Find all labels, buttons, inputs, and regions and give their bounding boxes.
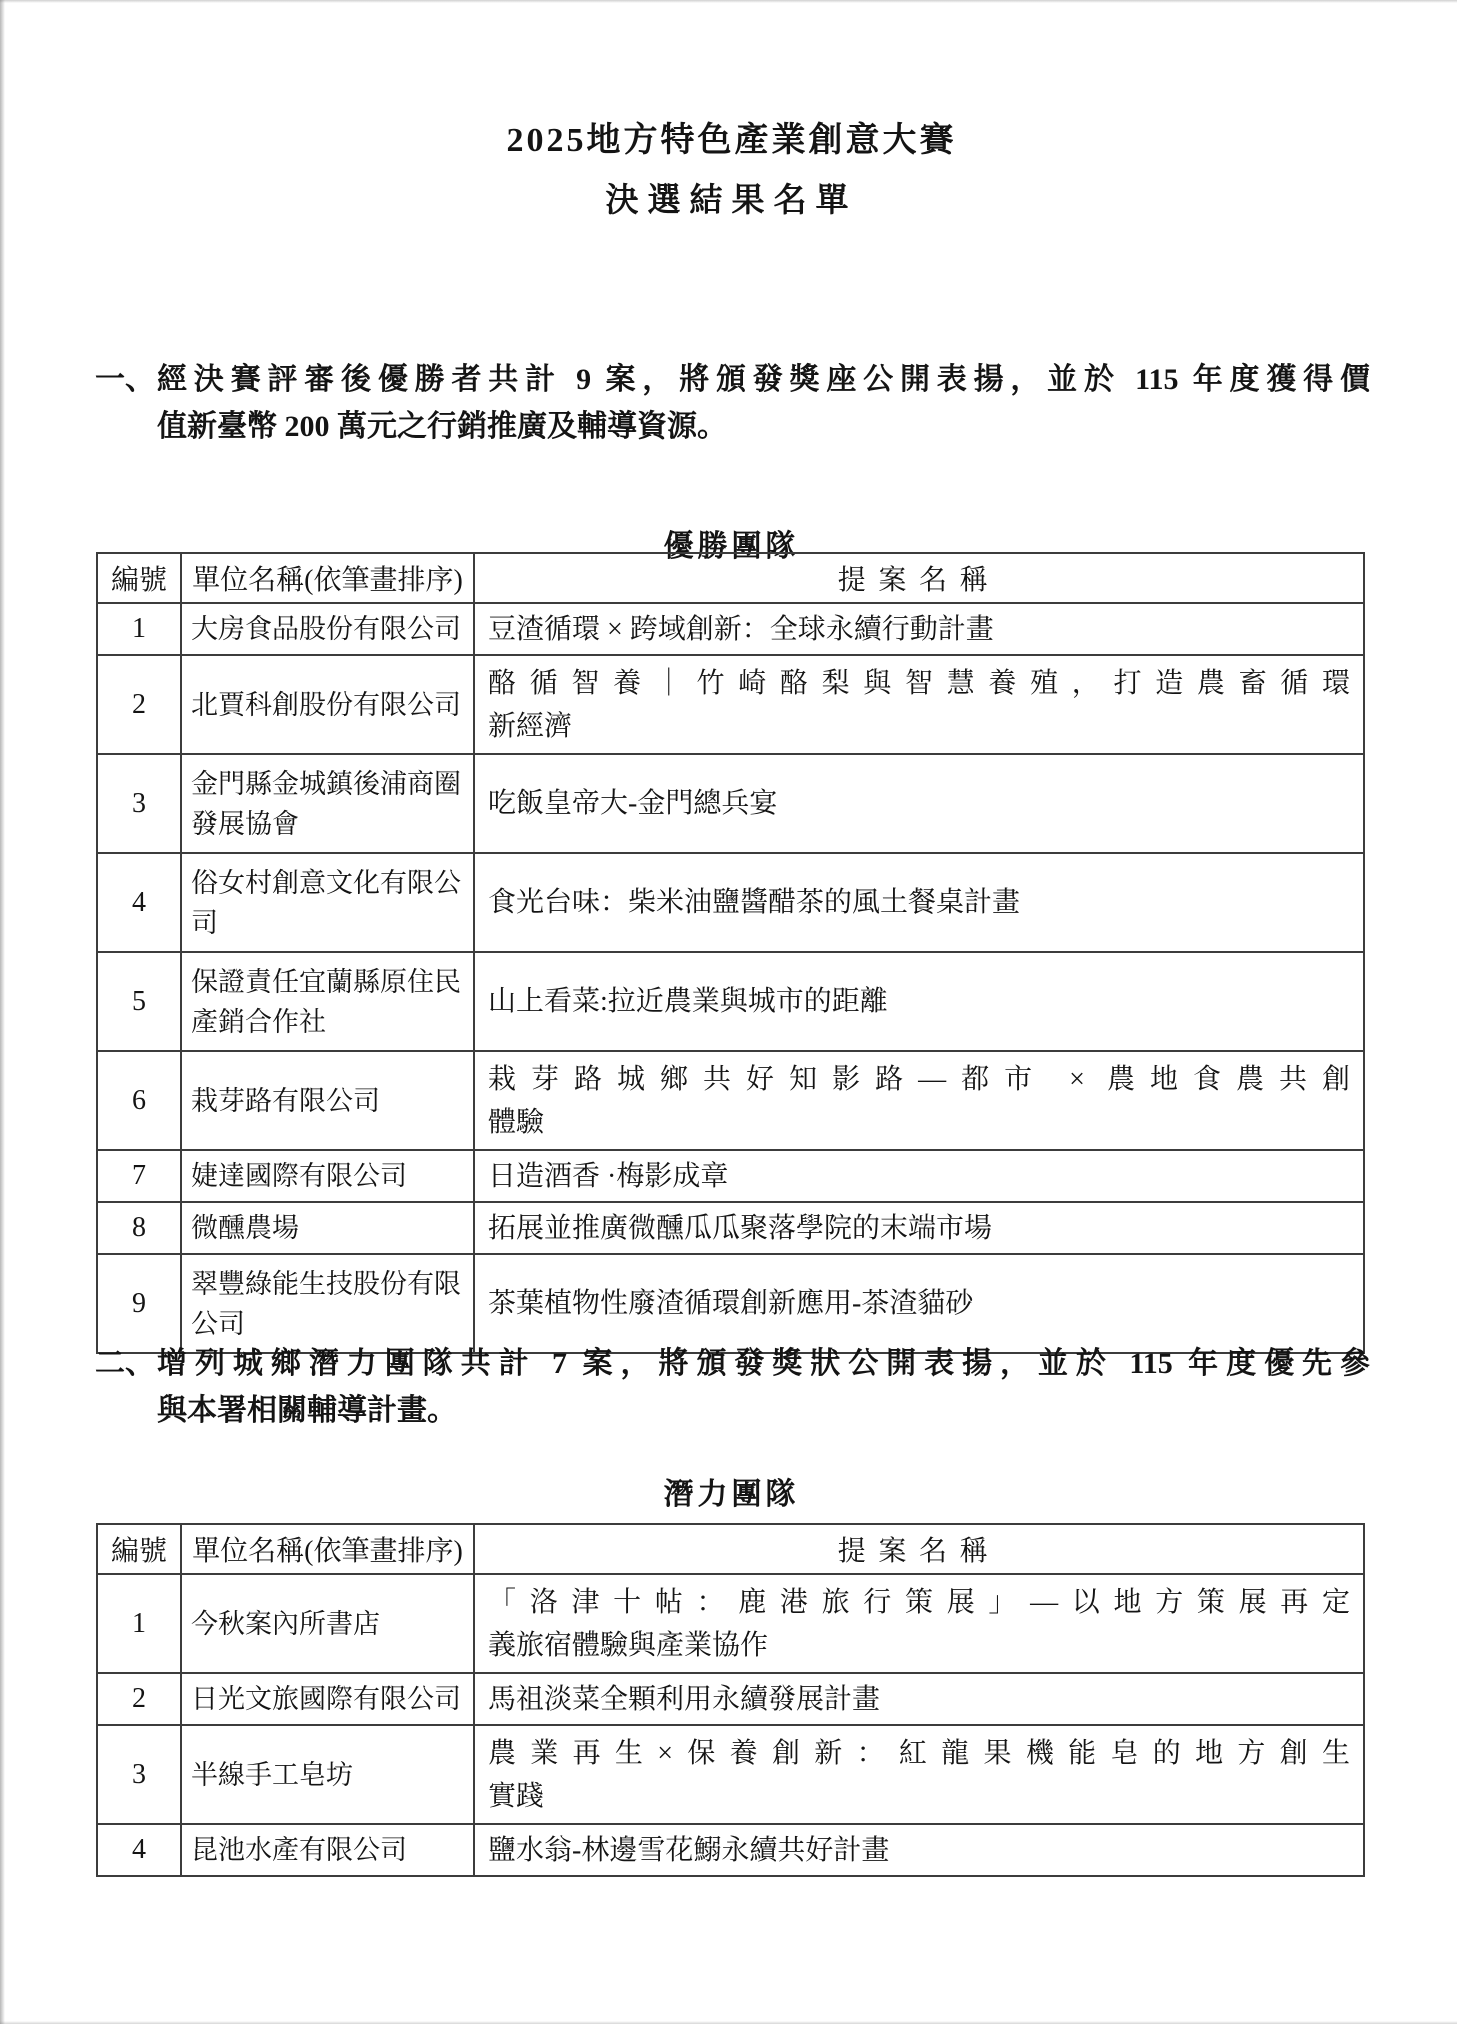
section-2-paragraph: 二、 增列城鄉潛力團隊共計 7 案，將頒發獎狀公開表揚，並於 115 年度優先參… <box>95 1340 1370 1434</box>
org-name: 半線手工皂坊 <box>181 1725 474 1824</box>
row-number: 7 <box>97 1150 181 1202</box>
org-name: 北賈科創股份有限公司 <box>181 655 474 754</box>
document-title: 2025地方特色產業創意大賽 <box>95 112 1368 161</box>
table-row: 1 今秋案內所書店 「洛津十帖：鹿港旅行策展」—以地方策展再定 義旅宿體驗與產業… <box>97 1574 1364 1673</box>
proposal-name: 農業再生×保養創新：紅龍果機能皂的地方創生 實踐 <box>474 1725 1364 1824</box>
proposal-line: 日造酒香 ·梅影成章 <box>488 1155 1350 1198</box>
proposal-line: 豆渣循環 × 跨域創新：全球永續行動計畫 <box>488 608 1350 651</box>
proposal-name: 山上看菜:拉近農業與城市的距離 <box>474 952 1364 1051</box>
row-number: 4 <box>97 1824 181 1876</box>
table-row: 3 半線手工皂坊 農業再生×保養創新：紅龍果機能皂的地方創生 實踐 <box>97 1725 1364 1824</box>
proposal-line: 馬祖淡菜全顆利用永續發展計畫 <box>488 1678 1350 1721</box>
potential-table-caption: 潛力團隊 <box>95 1469 1368 1513</box>
section-1-line-1: 經決賽評審後優勝者共計 9 案，將頒發獎座公開表揚，並於 115 年度獲得價 <box>157 356 1370 403</box>
potential-header-row: 編號 單位名稱(依筆畫排序) 提案名稱 <box>97 1524 1364 1574</box>
org-name: 金門縣金城鎮後浦商圈發展協會 <box>181 754 474 853</box>
table-row: 3 金門縣金城鎮後浦商圈發展協會 吃飯皇帝大-金門總兵宴 <box>97 754 1364 853</box>
header-no: 編號 <box>97 553 181 603</box>
row-number: 2 <box>97 1673 181 1725</box>
section-2-line-1: 增列城鄉潛力團隊共計 7 案，將頒發獎狀公開表揚，並於 115 年度優先參 <box>157 1340 1370 1387</box>
table-row: 6 栽芽路有限公司 栽芽路城鄉共好知影路—都市 × 農地食農共創 體驗 <box>97 1051 1364 1150</box>
section-1-marker: 一、 <box>95 356 157 450</box>
table-row: 2 日光文旅國際有限公司 馬祖淡菜全顆利用永續發展計畫 <box>97 1673 1364 1725</box>
section-1-text: 經決賽評審後優勝者共計 9 案，將頒發獎座公開表揚，並於 115 年度獲得價 值… <box>157 356 1370 450</box>
proposal-name: 豆渣循環 × 跨域創新：全球永續行動計畫 <box>474 603 1364 655</box>
proposal-name: 吃飯皇帝大-金門總兵宴 <box>474 754 1364 853</box>
table-row: 4 昆池水產有限公司 鹽水翁-林邊雪花鰯永續共好計畫 <box>97 1824 1364 1876</box>
org-name: 婕達國際有限公司 <box>181 1150 474 1202</box>
proposal-line: 新經濟 <box>488 705 1350 748</box>
org-name: 大房食品股份有限公司 <box>181 603 474 655</box>
proposal-line: 茶葉植物性廢渣循環創新應用-茶渣貓砂 <box>488 1282 1350 1325</box>
proposal-line: 農業再生×保養創新：紅龍果機能皂的地方創生 <box>488 1732 1350 1775</box>
org-name: 翠豐綠能生技股份有限公司 <box>181 1254 474 1353</box>
table-row: 1 大房食品股份有限公司 豆渣循環 × 跨域創新：全球永續行動計畫 <box>97 603 1364 655</box>
row-number: 1 <box>97 1574 181 1673</box>
org-name: 微醺農場 <box>181 1202 474 1254</box>
table-row: 4 俗女村創意文化有限公司 食光台味：柴米油鹽醬醋茶的風土餐桌計畫 <box>97 853 1364 952</box>
header-proposal: 提案名稱 <box>474 1524 1364 1574</box>
proposal-line: 體驗 <box>488 1101 1350 1144</box>
row-number: 5 <box>97 952 181 1051</box>
proposal-line: 實踐 <box>488 1775 1350 1818</box>
header-org: 單位名稱(依筆畫排序) <box>181 553 474 603</box>
proposal-line: 酪循智養｜竹崎酪梨與智慧養殖，打造農畜循環 <box>488 662 1350 705</box>
proposal-name: 「洛津十帖：鹿港旅行策展」—以地方策展再定 義旅宿體驗與產業協作 <box>474 1574 1364 1673</box>
section-1-paragraph: 一、 經決賽評審後優勝者共計 9 案，將頒發獎座公開表揚，並於 115 年度獲得… <box>95 356 1370 450</box>
org-name: 栽芽路有限公司 <box>181 1051 474 1150</box>
table-row: 5 保證責任宜蘭縣原住民產銷合作社 山上看菜:拉近農業與城市的距離 <box>97 952 1364 1051</box>
header-proposal: 提案名稱 <box>474 553 1364 603</box>
org-name: 昆池水產有限公司 <box>181 1824 474 1876</box>
section-2-line-2: 與本署相關輔導計畫。 <box>157 1387 1370 1434</box>
row-number: 9 <box>97 1254 181 1353</box>
proposal-line: 「洛津十帖：鹿港旅行策展」—以地方策展再定 <box>488 1581 1350 1624</box>
scan-edge-left <box>0 0 5 2024</box>
org-name: 日光文旅國際有限公司 <box>181 1673 474 1725</box>
proposal-line: 義旅宿體驗與產業協作 <box>488 1624 1350 1667</box>
proposal-line: 山上看菜:拉近農業與城市的距離 <box>488 980 1350 1023</box>
header-org: 單位名稱(依筆畫排序) <box>181 1524 474 1574</box>
row-number: 3 <box>97 1725 181 1824</box>
potential-table: 編號 單位名稱(依筆畫排序) 提案名稱 1 今秋案內所書店 「洛津十帖：鹿港旅行… <box>96 1523 1365 1877</box>
proposal-name: 日造酒香 ·梅影成章 <box>474 1150 1364 1202</box>
header-no: 編號 <box>97 1524 181 1574</box>
proposal-name: 拓展並推廣微醺瓜瓜聚落學院的末端市場 <box>474 1202 1364 1254</box>
section-1-line-2: 值新臺幣 200 萬元之行銷推廣及輔導資源。 <box>157 403 1370 450</box>
proposal-name: 酪循智養｜竹崎酪梨與智慧養殖，打造農畜循環 新經濟 <box>474 655 1364 754</box>
row-number: 6 <box>97 1051 181 1150</box>
winners-header-row: 編號 單位名稱(依筆畫排序) 提案名稱 <box>97 553 1364 603</box>
row-number: 4 <box>97 853 181 952</box>
row-number: 3 <box>97 754 181 853</box>
section-2-marker: 二、 <box>95 1340 157 1434</box>
winners-table: 編號 單位名稱(依筆畫排序) 提案名稱 1 大房食品股份有限公司 豆渣循環 × … <box>96 552 1365 1354</box>
org-name: 保證責任宜蘭縣原住民產銷合作社 <box>181 952 474 1051</box>
table-row: 7 婕達國際有限公司 日造酒香 ·梅影成章 <box>97 1150 1364 1202</box>
document-subtitle: 決選結果名單 <box>95 174 1368 221</box>
table-row: 2 北賈科創股份有限公司 酪循智養｜竹崎酪梨與智慧養殖，打造農畜循環 新經濟 <box>97 655 1364 754</box>
proposal-name: 鹽水翁-林邊雪花鰯永續共好計畫 <box>474 1824 1364 1876</box>
section-2-text: 增列城鄉潛力團隊共計 7 案，將頒發獎狀公開表揚，並於 115 年度優先參 與本… <box>157 1340 1370 1434</box>
proposal-name: 栽芽路城鄉共好知影路—都市 × 農地食農共創 體驗 <box>474 1051 1364 1150</box>
scan-edge-top <box>0 0 1457 3</box>
proposal-line: 吃飯皇帝大-金門總兵宴 <box>488 782 1350 825</box>
row-number: 1 <box>97 603 181 655</box>
org-name: 俗女村創意文化有限公司 <box>181 853 474 952</box>
proposal-line: 食光台味：柴米油鹽醬醋茶的風土餐桌計畫 <box>488 881 1350 924</box>
proposal-name: 茶葉植物性廢渣循環創新應用-茶渣貓砂 <box>474 1254 1364 1353</box>
proposal-line: 拓展並推廣微醺瓜瓜聚落學院的末端市場 <box>488 1207 1350 1250</box>
row-number: 8 <box>97 1202 181 1254</box>
row-number: 2 <box>97 655 181 754</box>
org-name: 今秋案內所書店 <box>181 1574 474 1673</box>
proposal-line: 栽芽路城鄉共好知影路—都市 × 農地食農共創 <box>488 1058 1350 1101</box>
proposal-name: 馬祖淡菜全顆利用永續發展計畫 <box>474 1673 1364 1725</box>
table-row: 8 微醺農場 拓展並推廣微醺瓜瓜聚落學院的末端市場 <box>97 1202 1364 1254</box>
table-row: 9 翠豐綠能生技股份有限公司 茶葉植物性廢渣循環創新應用-茶渣貓砂 <box>97 1254 1364 1353</box>
proposal-name: 食光台味：柴米油鹽醬醋茶的風土餐桌計畫 <box>474 853 1364 952</box>
proposal-line: 鹽水翁-林邊雪花鰯永續共好計畫 <box>488 1829 1350 1872</box>
scanned-document-page: 2025地方特色產業創意大賽 決選結果名單 一、 經決賽評審後優勝者共計 9 案… <box>0 0 1457 2024</box>
